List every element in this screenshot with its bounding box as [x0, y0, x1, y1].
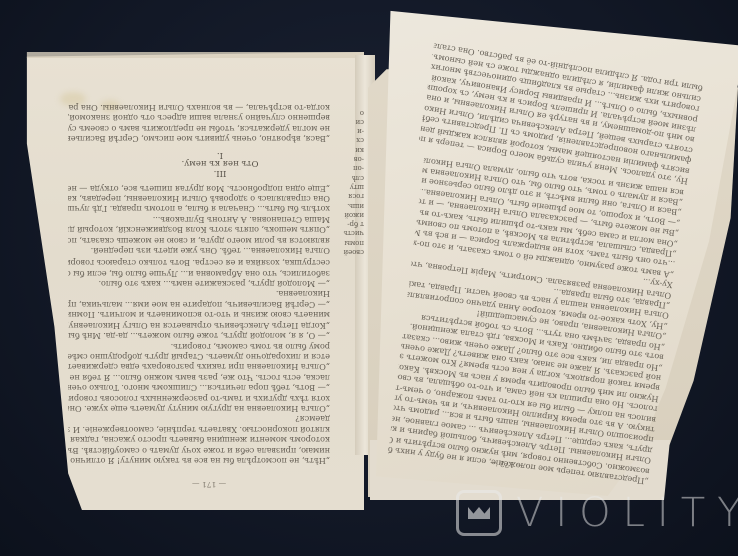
text-line: своей [342, 247, 364, 256]
text-line: т бр- [342, 219, 364, 228]
watermark-text: VIOLITY [516, 490, 738, 536]
text-line: когда-то встрѣчала, — въ волнахъ Ольги Н… [68, 102, 330, 112]
text-line: -ов [342, 154, 364, 163]
text-line: Маша Степановна. А Антонъ Булгаковъ... [68, 214, 330, 224]
text-line: которомъ моменти женщина бываетъ просто … [68, 435, 330, 445]
text-line: ласка, есть гость. Что же, разъ вамъ мож… [68, 372, 330, 382]
text-line: ишь. [342, 200, 364, 209]
text-line: хотѣлъ бы быть... Сначала я была, а пото… [68, 204, 330, 214]
left-page-number: — 171 — [192, 480, 226, 489]
violity-watermark: VIOLITY [456, 488, 738, 538]
text-line: гося [342, 191, 364, 200]
text-line: вершенно случайно узнала ваши адресъ отъ… [68, 113, 330, 123]
text-line: слѣ [342, 172, 364, 181]
text-line: „— Молодой другъ, разскажите намъ... как… [68, 279, 330, 289]
text-line: сх [342, 135, 364, 144]
text-line: си [342, 117, 364, 126]
left-lower-paragraph: „Нѣтъ, не посмотрѣла бы на все въ такую … [68, 258, 330, 466]
text-line: „Еще одна подробность. Моя другая пишетъ… [68, 183, 330, 193]
text-line: Ольга Николаевна... тебѣ. Онъ уже идетъ … [68, 246, 330, 256]
text-line: „Опять мешокъ, опять этотъ Коля Воздвиже… [68, 225, 330, 235]
left-page-top-edge [20, 52, 364, 58]
text-line: сеструшка, хозяйка и ея сестра. Вотъ тол… [68, 258, 330, 268]
text-line: клятой покорностью. Хватаетъ терпѣніе, с… [68, 424, 330, 434]
text-line: не могла удержаться, чтобы не предложить… [68, 123, 330, 133]
text-line: „Вася, вѣроятно, очень удивитъ мое письм… [68, 134, 330, 144]
text-line: Николаевна. [68, 289, 330, 299]
text-line: ется и лихорадочно думаетъ. Старый другъ… [68, 352, 330, 362]
left-top-paragraph: Ольга Николаевна... тебѣ. Онъ уже идетъ … [68, 182, 330, 256]
edge-strip-text: своей помы чисть т бр- ижой ишь. гося шт… [342, 106, 364, 256]
text-line: нимаю, призвала себя и тоже хочу думать … [68, 445, 330, 455]
text-line: являются въ роли моего друга, и свою не … [68, 235, 330, 245]
text-line: чисть [342, 228, 364, 237]
text-line: -и [342, 126, 364, 135]
text-line: „— Сергѣй Васильевичъ, подарите на мое и… [68, 300, 330, 310]
text-line: ижой [342, 210, 364, 219]
text-line: о [342, 107, 364, 116]
text-line: ки [342, 144, 364, 153]
text-line: шту [342, 182, 364, 191]
text-line: заботились, что она Абрамовна и... Лучше… [68, 268, 330, 278]
chapter-title: Отъ нея къ нему. [150, 158, 290, 168]
text-line: Она справлялась о здоровьѣ Ольги Николае… [68, 194, 330, 204]
text-line: минаетъ свою жизнь и что-то вспоминаетъ … [68, 310, 330, 320]
text-line: рому было въ томъ самомъ, говорить. [68, 341, 330, 351]
photo-scene: „Вася, вѣроятно, очень удивитъ мое письм… [0, 0, 738, 556]
text-line: „Нѣтъ, не посмотрѣла бы на все въ такую … [68, 456, 330, 466]
text-line: помы [342, 237, 364, 246]
text-line: „— О, я я, молодой другъ, тоже было може… [68, 331, 330, 341]
text-line: хотя тѣхъ другихъ и тамъ-то разсерженных… [68, 393, 330, 403]
text-line: „Когда Петръ Алексѣевичъ отрывается на О… [68, 320, 330, 330]
text-line: даемся? [68, 414, 330, 424]
left-letter-text: „Вася, вѣроятно, очень удивитъ мое письм… [68, 100, 330, 144]
text-line: „Ольга Николаевна на другую минуту думае… [68, 404, 330, 414]
section-number: III. [180, 168, 260, 178]
text-line: „Ольга Николаевна при такихъ разговорахъ… [68, 362, 330, 372]
text-line: -оп [342, 163, 364, 172]
right-lower-paragraph: „Представляю теперь мое положеніе, если … [388, 157, 685, 487]
text-line: „— Вотъ, тебѣ пора лечиться... Слишкомъ … [68, 383, 330, 393]
crown-logo-icon [456, 490, 502, 536]
